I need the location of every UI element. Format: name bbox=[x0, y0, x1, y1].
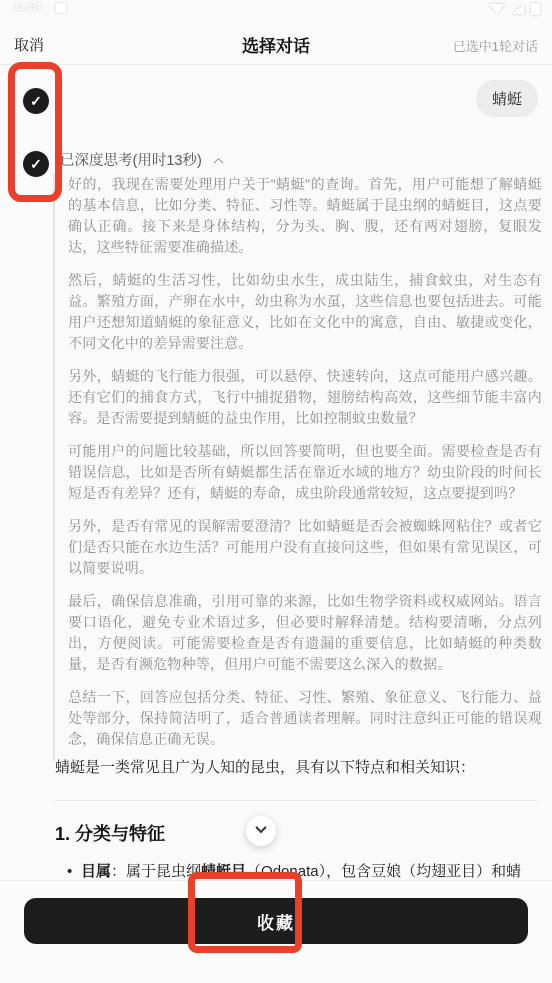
answer-intro: 蜻蜓是一类常见且广为人知的昆虫，具有以下特点和相关知识： bbox=[55, 757, 537, 779]
scroll-down-button[interactable] bbox=[246, 816, 276, 846]
thinking-paragraph: 可能用户的问题比较基础，所以回答要简明，但也要全面。需要检查是否有错误信息，比如… bbox=[68, 441, 542, 504]
wifi-icon bbox=[489, 4, 505, 14]
header-divider bbox=[0, 64, 552, 65]
thinking-toggle[interactable]: 已深度思考(用时13秒) bbox=[60, 149, 222, 170]
status-icons bbox=[489, 3, 540, 15]
battery-icon bbox=[531, 3, 540, 15]
bullet-rest: （Odonata），包含豆娘（均翅亚目）和蜻 bbox=[246, 863, 521, 880]
section-heading: 1. 分类与特征 bbox=[55, 820, 165, 846]
thinking-paragraph: 另外，是否有常见的误解需要澄清？比如蜻蜓是否会被蜘蛛网粘住？或者它们是否只能在水… bbox=[68, 516, 542, 579]
section-divider bbox=[55, 800, 537, 801]
bullet-item: •目属：属于昆虫纲蜻蜓目（Odonata），包含豆娘（均翅亚目）和蜻 bbox=[55, 860, 540, 881]
thinking-paragraph: 最后，确保信息准确，引用可靠的来源，比如生物学资料或权威网站。语言要口语化，避免… bbox=[68, 591, 542, 675]
signal-icon bbox=[512, 4, 524, 14]
bullet-term: 目属 bbox=[81, 863, 111, 880]
status-bar: 11:54 bbox=[0, 0, 552, 16]
thinking-block: 好的，我现在需要处理用户关于"蜻蜓"的查询。首先，用户可能想了解蜻蜓的基本信息，… bbox=[53, 174, 542, 762]
bullet-term2: 蜻蜓目 bbox=[201, 863, 246, 880]
thinking-header-label: 已深度思考(用时13秒) bbox=[60, 153, 202, 169]
thinking-paragraph: 好的，我现在需要处理用户关于"蜻蜓"的查询。首先，用户可能想了解蜻蜓的基本信息，… bbox=[68, 174, 542, 258]
checkmark-icon: ✓ bbox=[30, 156, 42, 173]
chevron-up-icon bbox=[213, 158, 223, 168]
checkbox-assistant-message[interactable]: ✓ bbox=[23, 151, 49, 177]
bullet-marker: • bbox=[55, 863, 81, 880]
checkbox-user-message[interactable]: ✓ bbox=[23, 88, 49, 114]
favorite-button[interactable]: 收藏 bbox=[24, 898, 528, 944]
selection-status: 已选中1轮对话 bbox=[453, 36, 538, 55]
clock-time: 11:54 bbox=[14, 1, 42, 13]
thinking-paragraph: 然后，蜻蜓的生活习性，比如幼虫水生，成虫陆生，捕食蚊虫，对生态有益。繁殖方面，产… bbox=[68, 270, 542, 354]
thinking-paragraph: 总结一下，回答应包括分类、特征、习性、繁殖、象征意义、飞行能力、益处等部分，保持… bbox=[68, 687, 542, 750]
bottom-bar: 收藏 bbox=[0, 880, 552, 983]
header: 取消 选择对话 已选中1轮对话 bbox=[0, 28, 552, 60]
status-app-icon bbox=[56, 3, 66, 13]
chevron-down-icon bbox=[255, 822, 266, 833]
thinking-paragraph: 另外，蜻蜓的飞行能力很强，可以悬停、快速转向，这点可能用户感兴趣。还有它们的捕食… bbox=[68, 366, 542, 429]
checkmark-icon: ✓ bbox=[30, 93, 42, 110]
app-screen: 11:54 取消 选择对话 已选中1轮对话 ✓ ✓ 蜻蜓 已深度思考(用时13秒… bbox=[0, 0, 552, 983]
user-message-bubble[interactable]: 蜻蜓 bbox=[476, 80, 538, 117]
bullet-mid: ：属于昆虫纲 bbox=[111, 863, 201, 880]
